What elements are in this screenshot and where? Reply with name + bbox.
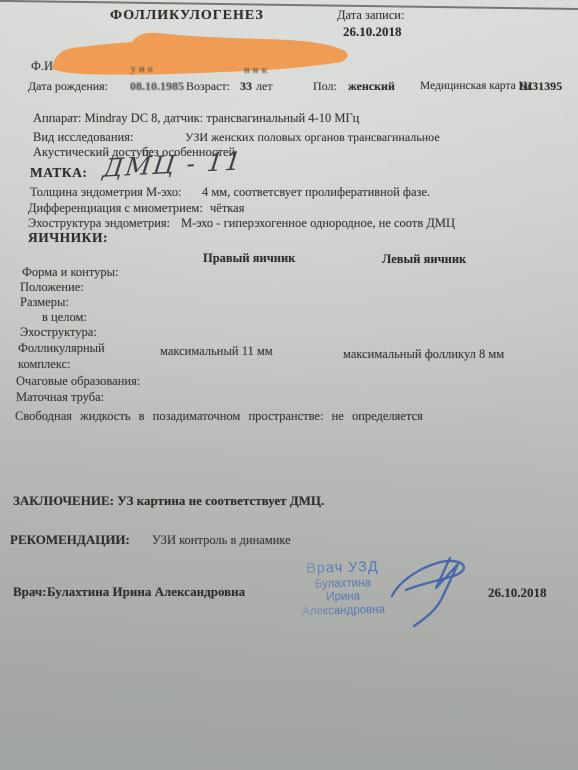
redacted-name-fragment: ник bbox=[244, 65, 270, 76]
endometrium-thickness-value: 4 мм, соответсвует пролиферативной фазе. bbox=[202, 186, 430, 200]
signature-stroke bbox=[392, 561, 464, 596]
free-fluid-value: не определяется bbox=[332, 409, 423, 423]
conclusion-label: ЗАКЛЮЧЕНИЕ: bbox=[13, 493, 114, 508]
redaction-marker-shape bbox=[52, 33, 348, 75]
footer-date: 26.10.2018 bbox=[488, 586, 547, 600]
endometrium-echo-value: М-эхо - гиперэхогенное однородное, не со… bbox=[181, 217, 455, 231]
echostructure-label: Эхоструктура: bbox=[20, 326, 97, 340]
uterus-section-label: МАТКА: bbox=[30, 166, 87, 181]
device-line: Аппарат: Mindray DC 8, датчик: трансваги… bbox=[33, 112, 359, 126]
stamp-title: Врач УЗД bbox=[282, 558, 402, 577]
age-label: Возраст: bbox=[186, 80, 230, 93]
record-date-label: Дата записи: bbox=[337, 9, 404, 23]
card-number-value: Ш31395 bbox=[519, 80, 562, 93]
recommendations-label: РЕКОМЕНДАЦИИ: bbox=[10, 533, 130, 547]
doctor-name: Булахтина Ирина Александровна bbox=[47, 585, 245, 599]
differentiation-label: Дифференциация с миометрием: bbox=[28, 202, 203, 216]
redaction-marker bbox=[42, 28, 354, 80]
ovaries-section-label: ЯИЧНИКИ: bbox=[28, 231, 108, 246]
focal-formations-label: Очаговые образования: bbox=[16, 375, 140, 389]
device-value: Mindray DC 8, датчик: трансвагинальный 4… bbox=[85, 111, 360, 125]
size-total-label: в целом: bbox=[42, 311, 87, 325]
follicular-complex-label-line2: комплекс: bbox=[18, 358, 71, 372]
left-ovary-header: Левый яичник bbox=[382, 253, 466, 267]
age-unit: лет bbox=[256, 80, 273, 93]
age-value: 33 bbox=[240, 80, 252, 93]
sex-label: Пол: bbox=[313, 80, 337, 93]
study-type-value: УЗИ женских половых органов трансвагинал… bbox=[185, 131, 440, 144]
signature-stroke bbox=[414, 558, 458, 626]
fallopian-tube-label: Маточная труба: bbox=[16, 391, 104, 405]
position-label: Положение: bbox=[20, 281, 84, 295]
sex-value: женский bbox=[348, 80, 395, 93]
endometrium-thickness-label: Толщина эндометрия М-эхо: bbox=[30, 186, 182, 200]
document-title: ФОЛЛИКУЛОГЕНЕЗ bbox=[110, 8, 264, 23]
free-fluid-label: Свободная жидкость в позадиматочном прос… bbox=[15, 409, 323, 423]
device-label: Аппарат: bbox=[33, 111, 81, 125]
differentiation-value: чёткая bbox=[210, 202, 244, 216]
free-fluid-line: Свободная жидкость в позадиматочном прос… bbox=[15, 410, 423, 424]
conclusion-text: УЗ картина не соответствует ДМЦ. bbox=[117, 493, 324, 508]
handwritten-note: ДМЦ - 11 bbox=[101, 146, 244, 183]
recommendations-text: УЗИ контроль в динамике bbox=[152, 534, 291, 548]
size-label: Размеры: bbox=[20, 296, 69, 310]
birth-date-value: 08.10.1985 bbox=[130, 80, 184, 93]
follicular-complex-label-line1: Фолликулярный bbox=[18, 342, 105, 356]
conclusion-line: ЗАКЛЮЧЕНИЕ: УЗ картина не соответствует … bbox=[13, 494, 324, 508]
card-number-label: Медицинская карта №: bbox=[420, 80, 533, 93]
photo-top-edge bbox=[0, 0, 578, 11]
follicular-right-value: максимальный 11 мм bbox=[160, 345, 273, 359]
right-ovary-header: Правый яичник bbox=[203, 252, 295, 266]
endometrium-echo-label: Эхоструктура эндометрия: bbox=[28, 217, 170, 231]
doctor-label: Врач: bbox=[13, 585, 47, 599]
form-contours-label: Форма и контуры: bbox=[22, 266, 119, 280]
follicular-left-value: максимальный фолликул 8 мм bbox=[343, 348, 504, 362]
redacted-name-fragment: уно bbox=[131, 64, 156, 75]
study-type-label: Вид исследования: bbox=[33, 131, 133, 145]
document-page: ФОЛЛИКУЛОГЕНЕЗ Дата записи: 26.10.2018 Ф… bbox=[0, 0, 578, 770]
doctor-signature bbox=[386, 552, 490, 630]
birth-date-label: Дата рождения: bbox=[28, 80, 108, 93]
